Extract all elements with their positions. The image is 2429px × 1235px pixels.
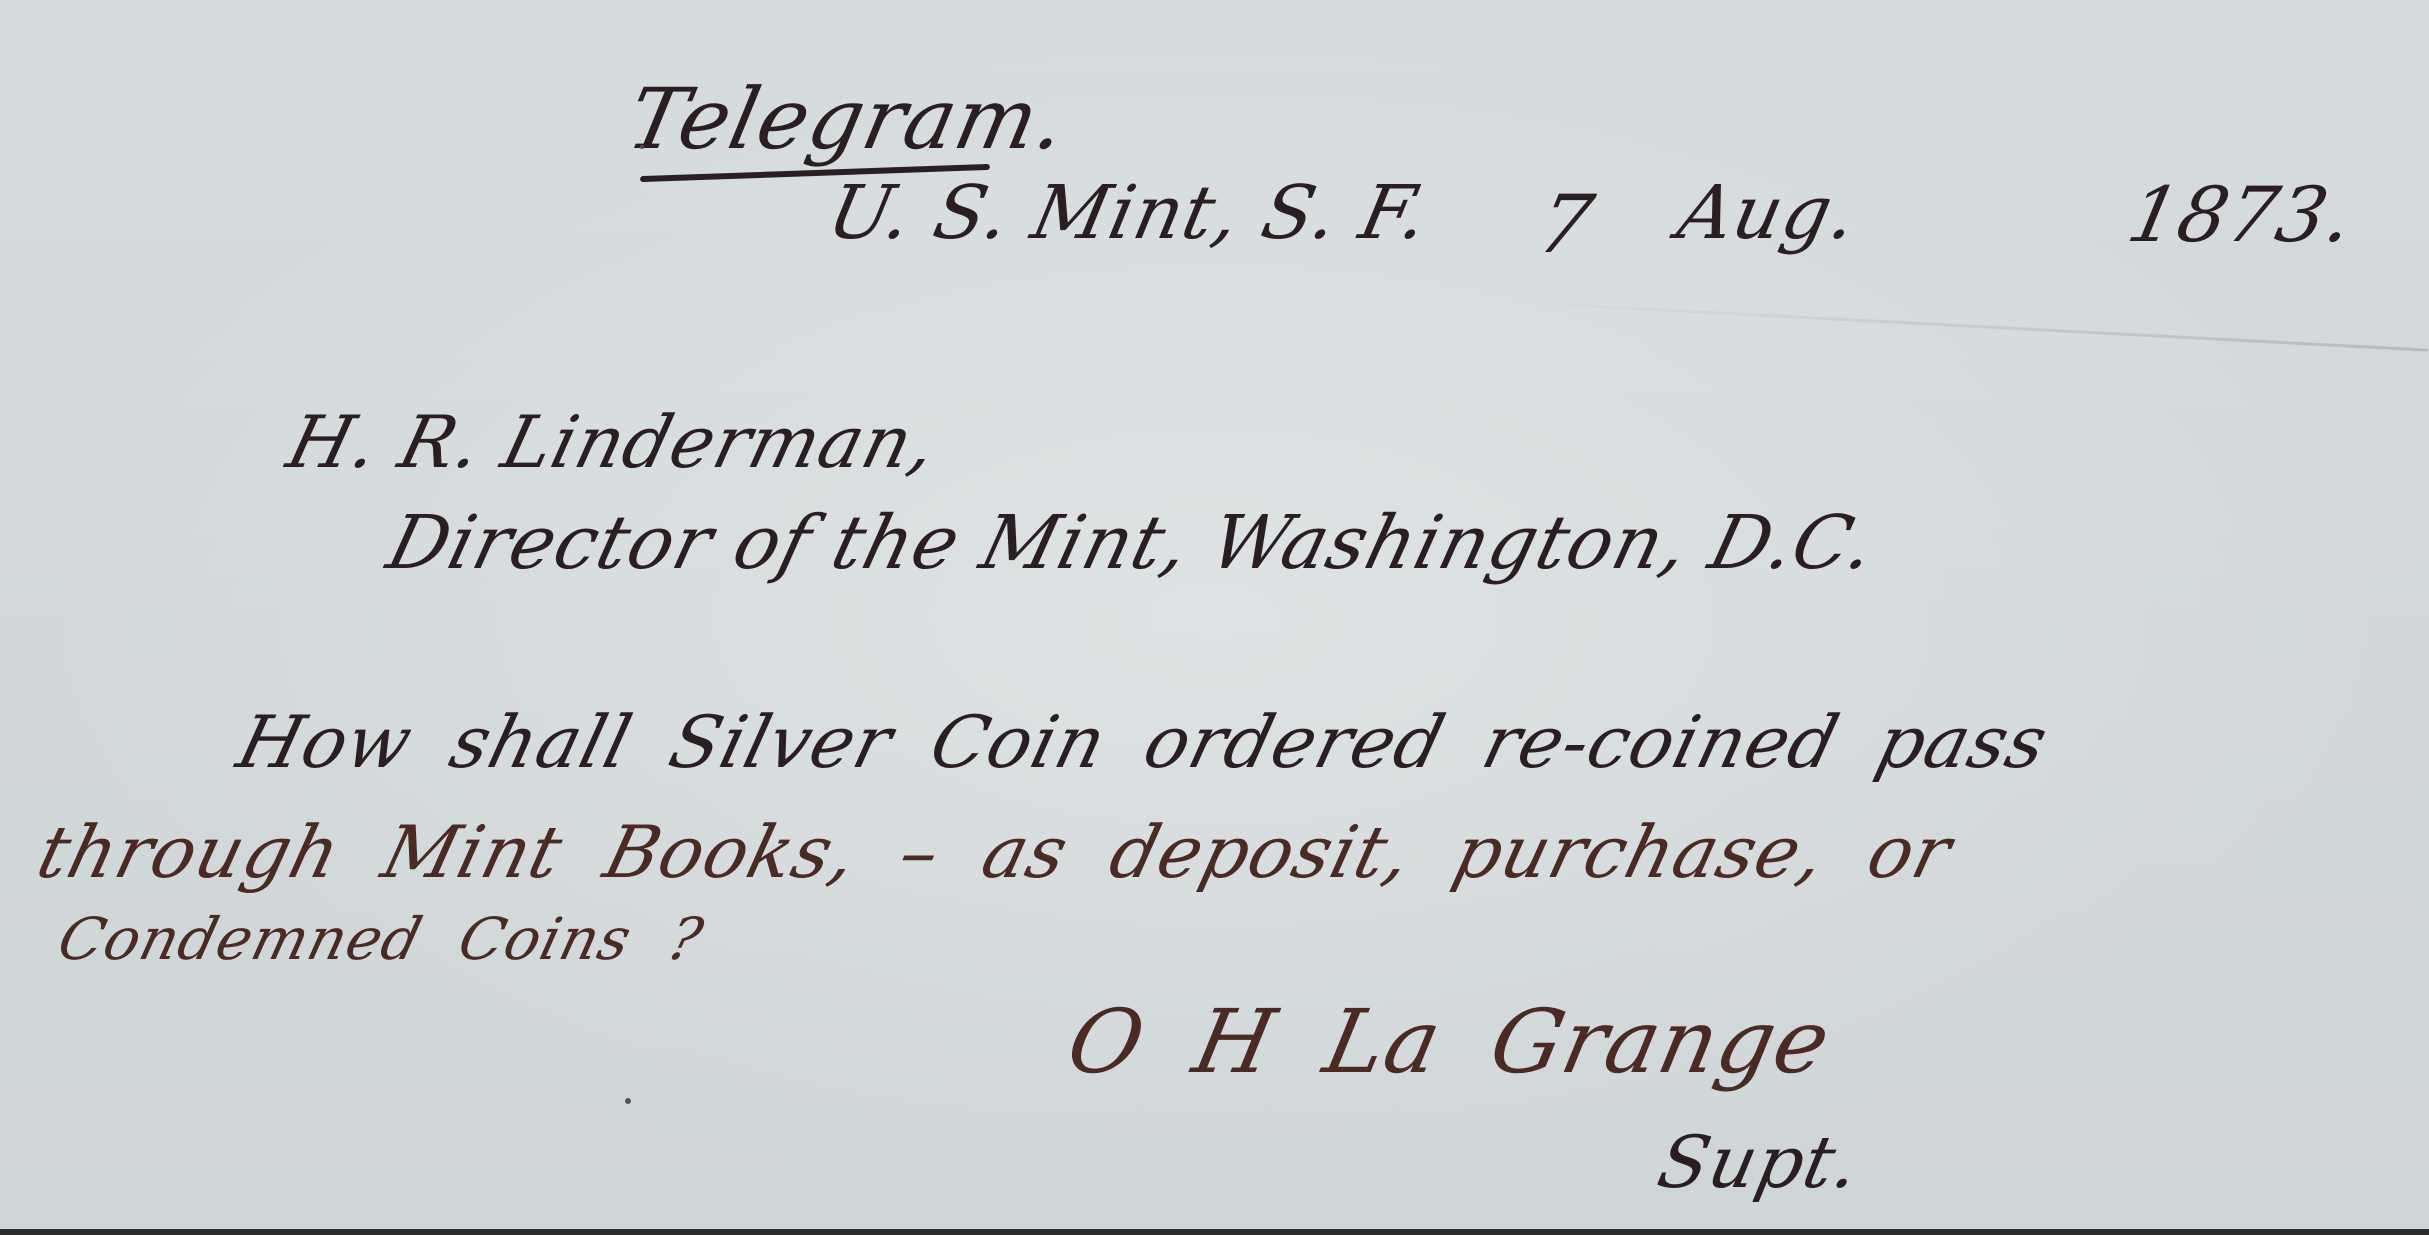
date-month: Aug. <box>1671 170 1865 256</box>
ink-speck <box>625 1098 631 1104</box>
date-day: 7 <box>1530 178 1602 271</box>
document-title: Telegram. <box>620 70 1076 168</box>
message-line-3: Condemned Coins ? <box>52 905 711 973</box>
addressee-name: H. R. Linderman, <box>280 400 946 484</box>
origin-location: U. S. Mint, S. F. <box>821 170 1436 256</box>
message-line-1: How shall Silver Coin ordered re-coined … <box>230 700 2057 784</box>
paper-fold-line <box>1500 300 2428 352</box>
date-year: 1873. <box>2121 170 2362 259</box>
signature-title: Supt. <box>1651 1120 1867 1204</box>
message-line-2: through Mint Books, – as deposit, purcha… <box>30 810 1961 894</box>
page-bottom-edge <box>0 1229 2429 1235</box>
signature-name: O H La Grange <box>1059 990 1840 1093</box>
addressee-title: Director of the Mint, Washington, D.C. <box>379 500 1884 586</box>
ink-speck <box>640 145 644 149</box>
telegram-document: Telegram. U. S. Mint, S. F. 7 Aug. 1873.… <box>0 0 2429 1235</box>
